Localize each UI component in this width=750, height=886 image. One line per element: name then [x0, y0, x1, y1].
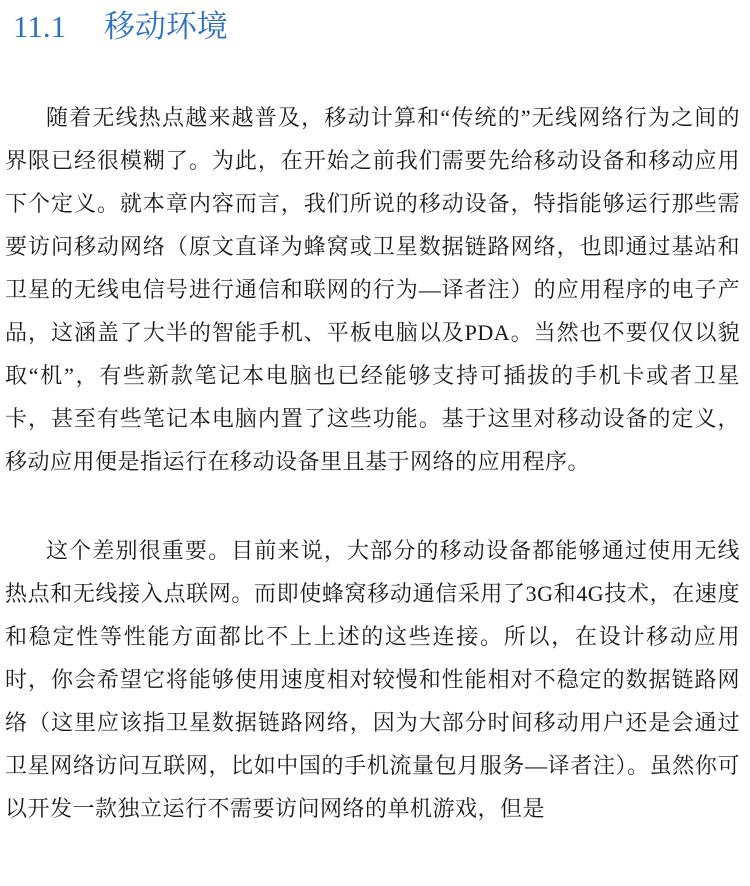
paragraph-mobile-device-definition: 随着无线热点越来越普及，移动计算和“传统的”无线网络行为之间的界限已经很模糊了。…	[5, 96, 740, 483]
section-title: 移动环境	[104, 9, 228, 44]
document-page: 11.1 移动环境 随着无线热点越来越普及，移动计算和“传统的”无线网络行为之间…	[0, 0, 750, 886]
paragraph-network-difference: 这个差别很重要。目前来说，大部分的移动设备都能够通过使用无线热点和无线接入点联网…	[5, 529, 740, 830]
section-number: 11.1	[13, 9, 66, 44]
section-heading: 11.1 移动环境	[5, 8, 740, 46]
